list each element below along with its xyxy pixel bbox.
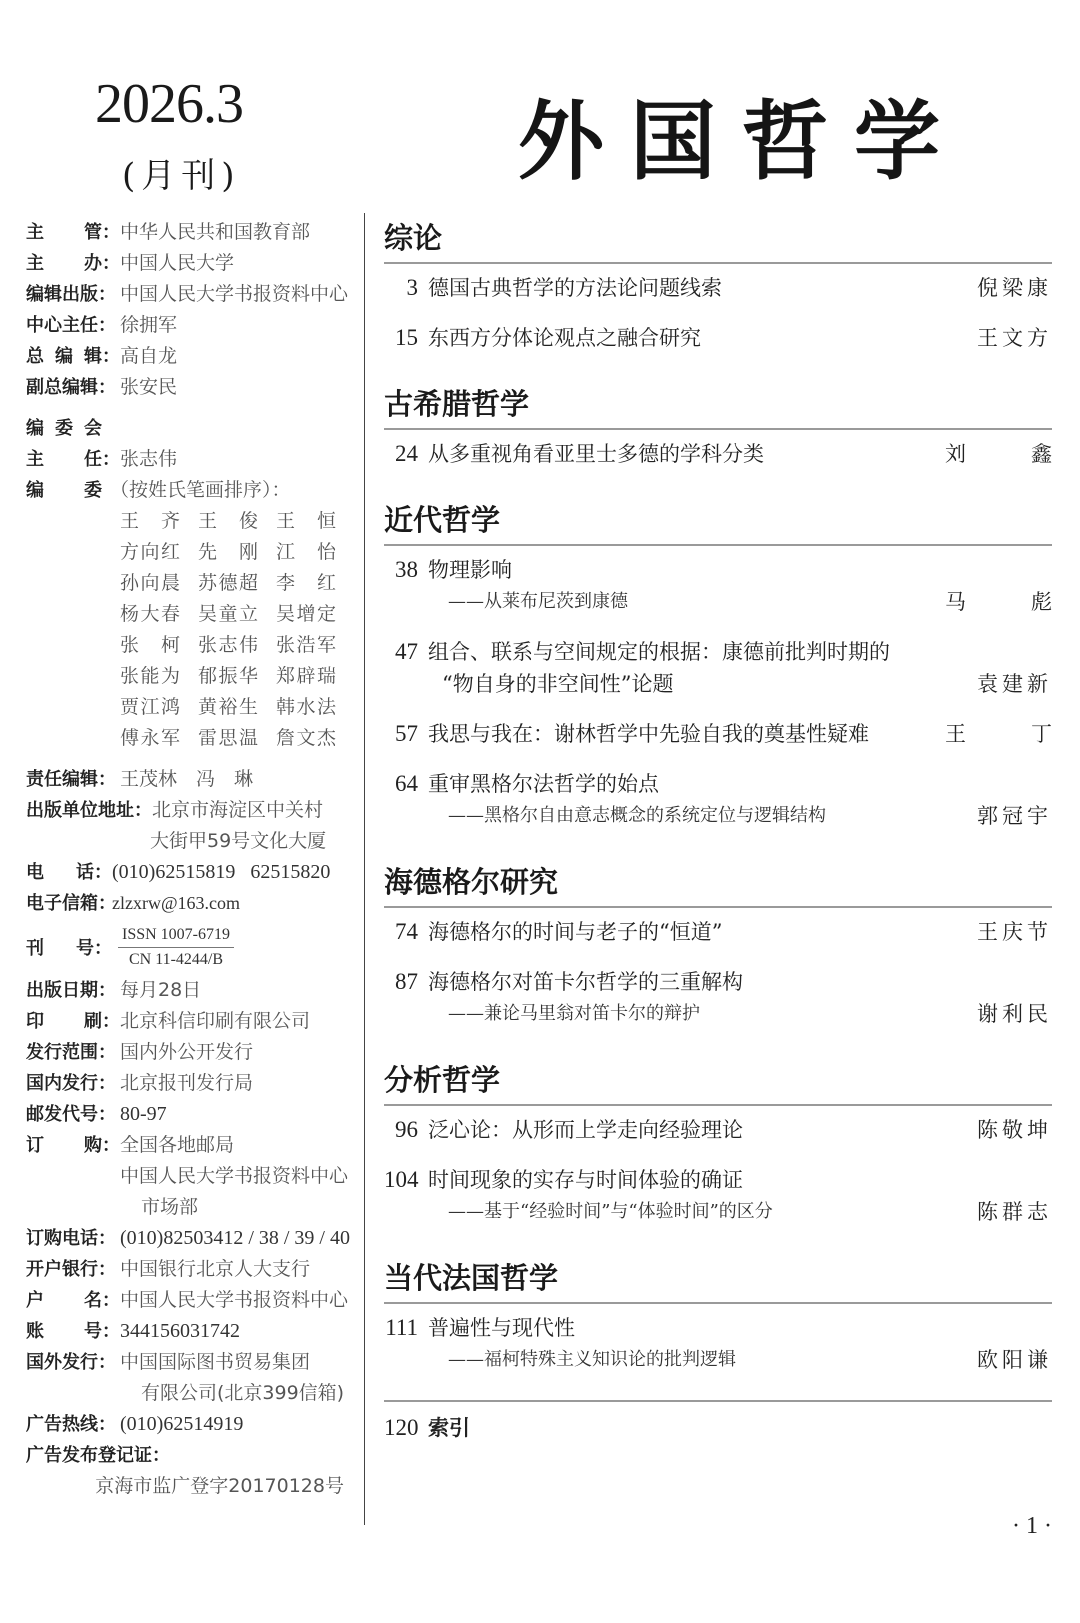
order-phone-row: 订购电话：(010)82503412 / 38 / 39 / 40 xyxy=(26,1223,362,1254)
address-row: 出版单位地址：北京市海淀区中关村 xyxy=(26,795,362,826)
entry-subtitle: ——福柯特殊主义知识论的批判逻辑 xyxy=(384,1344,1052,1376)
entry-title: 普遍性与现代性 xyxy=(428,1316,575,1340)
board-director-row: 主任：张志伟 xyxy=(26,444,362,475)
distribution-scope-row: 发行范围：国内外公开发行 xyxy=(26,1037,362,1068)
entry-subtitle: ——兼论马里翁对笛卡尔的辩护 xyxy=(384,998,1052,1030)
board-title: 编委会 xyxy=(26,413,362,444)
foreign-distribution-row: 国外发行：中国国际图书贸易集团 xyxy=(26,1347,362,1378)
entry-page-number: 57 xyxy=(384,718,418,750)
board-member-name: 韩水法 xyxy=(276,692,336,723)
board-member-name: 王恒 xyxy=(276,506,336,537)
entry-author: 倪梁康 xyxy=(977,272,1052,304)
toc-entry[interactable]: 57我思与我在：谢林哲学中先验自我的奠基性疑难王 丁 xyxy=(384,718,1052,750)
toc-section: 综论3德国古典哲学的方法论问题线索倪梁康15东西方分体论观点之融合研究王文方 xyxy=(384,214,1052,354)
toc-entry[interactable]: 104时间现象的实存与时间体验的确证——基于“经验时间”与“体验时间”的区分陈群… xyxy=(384,1164,1052,1228)
entry-title: 东西方分体论观点之融合研究 xyxy=(428,326,701,350)
board-member-name: 吴童立 xyxy=(198,599,258,630)
board-member-list: 王齐王俊王恒方向红先刚江怡孙向晨苏德超李红杨大春吴童立吴增定张柯张志伟张浩军张能… xyxy=(26,506,362,754)
printer-row: 印刷：北京科信印刷有限公司 xyxy=(26,1006,362,1037)
entry-title: 从多重视角看亚里士多德的学科分类 xyxy=(428,442,764,466)
board-member-name: 李红 xyxy=(276,568,336,599)
entry-page-number: 15 xyxy=(384,322,418,354)
entry-author: 王庆节 xyxy=(977,916,1052,948)
entry-title: 重审黑格尔法哲学的始点 xyxy=(428,772,659,796)
toc-section: 当代法国哲学111普遍性与现代性——福柯特殊主义知识论的批判逻辑欧阳谦 xyxy=(384,1254,1052,1376)
sponsor-row: 主办：中国人民大学 xyxy=(26,248,362,279)
entry-subtitle: ——黑格尔自由意志概念的系统定位与逻辑结构 xyxy=(384,800,1052,832)
board-member-name: 方向红 xyxy=(120,537,180,568)
entry-title: 时间现象的实存与时间体验的确证 xyxy=(428,1168,743,1192)
entry-author: 陈敬坤 xyxy=(977,1114,1052,1146)
entry-page-number: 111 xyxy=(384,1312,418,1344)
entry-title: 海德格尔的时间与老子的“恒道” xyxy=(428,920,722,944)
board-member-name: 张柯 xyxy=(120,630,180,661)
editor-in-chief-row: 总编辑：高自龙 xyxy=(26,341,362,372)
postal-code-row: 邮发代号：80-97 xyxy=(26,1099,362,1130)
toc-entry[interactable]: 47组合、联系与空间规定的根据：康德前批判时期的“物自身的非空间性”论题袁建新 xyxy=(384,636,1052,700)
board-member-name: 王齐 xyxy=(120,506,180,537)
entry-page-number: 64 xyxy=(384,768,418,800)
order-line-3: 市场部 xyxy=(26,1192,362,1223)
account-number-row: 账号：344156031742 xyxy=(26,1316,362,1347)
publisher-row: 编辑出版：中国人民大学书报资料中心 xyxy=(26,279,362,310)
toc-index-entry[interactable]: 120索引 xyxy=(384,1412,1052,1444)
journal-title: 外国哲学 xyxy=(518,72,966,196)
board-member-name: 詹文杰 xyxy=(276,723,336,754)
board-member-name: 贾江鸿 xyxy=(120,692,180,723)
section-heading: 分析哲学 xyxy=(384,1056,1052,1106)
board-member-name: 张浩军 xyxy=(276,630,336,661)
entry-title: 我思与我在：谢林哲学中先验自我的奠基性疑难 xyxy=(428,722,869,746)
board-member-name: 孙向晨 xyxy=(120,568,180,599)
entry-page-number: 24 xyxy=(384,438,418,470)
entry-title: 物理影响 xyxy=(428,558,512,582)
entry-author: 马 彪 xyxy=(945,586,1074,618)
board-member-name: 江怡 xyxy=(276,537,336,568)
entry-page-number: 47 xyxy=(384,636,418,668)
pub-date-row: 出版日期：每月28日 xyxy=(26,975,362,1006)
address-line-2: 大街甲59号文化大厦 xyxy=(26,826,362,857)
board-member-name: 郁振华 xyxy=(198,661,258,692)
entry-subtitle: ——基于“经验时间”与“体验时间”的区分 xyxy=(384,1196,1052,1228)
toc-entry[interactable]: 87海德格尔对笛卡尔哲学的三重解构——兼论马里翁对笛卡尔的辩护谢利民 xyxy=(384,966,1052,1030)
section-heading: 当代法国哲学 xyxy=(384,1254,1052,1304)
center-director-row: 中心主任：徐拥军 xyxy=(26,310,362,341)
bank-row: 开户银行：中国银行北京人大支行 xyxy=(26,1254,362,1285)
entry-title: 德国古典哲学的方法论问题线索 xyxy=(428,276,722,300)
toc-entry[interactable]: 15东西方分体论观点之融合研究王文方 xyxy=(384,322,1052,354)
entry-page-number: 3 xyxy=(384,272,418,304)
toc-section: 近代哲学38物理影响——从莱布尼茨到康德马 彪47组合、联系与空间规定的根据：康… xyxy=(384,496,1052,832)
order-row: 订购：全国各地邮局 xyxy=(26,1130,362,1161)
board-member-name: 傅永军 xyxy=(120,723,180,754)
order-line-2: 中国人民大学书报资料中心 xyxy=(26,1161,362,1192)
cn-number: CN 11-4244/B xyxy=(118,948,234,969)
board-member-name: 雷思温 xyxy=(198,723,258,754)
section-heading: 古希腊哲学 xyxy=(384,380,1052,430)
deputy-editor-row: 副总编辑：张安民 xyxy=(26,372,362,403)
entry-author: 王文方 xyxy=(977,322,1052,354)
email-row: 电子信箱：zlzxrw@163.com xyxy=(26,888,362,919)
board-member-name: 郑辟瑞 xyxy=(276,661,336,692)
entry-subtitle: “物自身的非空间性”论题 xyxy=(384,668,1052,700)
toc-entry[interactable]: 3德国古典哲学的方法论问题线索倪梁康 xyxy=(384,272,1052,304)
toc-entry[interactable]: 111普遍性与现代性——福柯特殊主义知识论的批判逻辑欧阳谦 xyxy=(384,1312,1052,1376)
entry-title: 组合、联系与空间规定的根据：康德前批判时期的 xyxy=(428,640,890,664)
table-of-contents: 综论3德国古典哲学的方法论问题线索倪梁康15东西方分体论观点之融合研究王文方古希… xyxy=(384,214,1052,1444)
toc-section: 分析哲学96泛心论：从形而上学走向经验理论陈敬坤104时间现象的实存与时间体验的… xyxy=(384,1056,1052,1228)
board-member-name: 杨大春 xyxy=(120,599,180,630)
section-heading: 海德格尔研究 xyxy=(384,858,1052,908)
entry-page-number: 87 xyxy=(384,966,418,998)
board-member-name: 张能为 xyxy=(120,661,180,692)
entry-author: 陈群志 xyxy=(977,1196,1052,1228)
toc-section: 古希腊哲学24从多重视角看亚里士多德的学科分类刘 鑫 xyxy=(384,380,1052,470)
board-member-name: 黄裕生 xyxy=(198,692,258,723)
toc-entry[interactable]: 74海德格尔的时间与老子的“恒道”王庆节 xyxy=(384,916,1052,948)
entry-page-number: 96 xyxy=(384,1114,418,1146)
board-member-name: 先刚 xyxy=(198,537,258,568)
page-number: · 1 · xyxy=(1012,1513,1052,1540)
serial-number-row: 刊号：ISSN 1007-6719CN 11-4244/B xyxy=(26,919,362,975)
board-member-name: 张志伟 xyxy=(198,630,258,661)
ad-hotline-row: 广告热线：(010)62514919 xyxy=(26,1409,362,1440)
ad-license-value: 京海市监广登字20170128号 xyxy=(26,1471,362,1502)
masthead-info: 主管：中华人民共和国教育部 主办：中国人民大学 编辑出版：中国人民大学书报资料中… xyxy=(26,217,362,1502)
entry-page-number: 120 xyxy=(384,1412,418,1444)
board-members-row: 编委（按姓氏笔画排序）： xyxy=(26,475,362,506)
column-divider xyxy=(364,213,365,1525)
entry-author: 王 丁 xyxy=(945,718,1074,750)
domestic-distribution-row: 国内发行：北京报刊发行局 xyxy=(26,1068,362,1099)
entry-page-number: 74 xyxy=(384,916,418,948)
account-name-row: 户名：中国人民大学书报资料中心 xyxy=(26,1285,362,1316)
entry-author: 欧阳谦 xyxy=(977,1344,1052,1376)
issn: ISSN 1007-6719 xyxy=(118,926,234,948)
board-member-name: 苏德超 xyxy=(198,568,258,599)
entry-author: 郭冠宇 xyxy=(977,800,1052,832)
entry-author: 袁建新 xyxy=(977,668,1052,700)
section-heading: 综论 xyxy=(384,214,1052,264)
toc-section: 海德格尔研究74海德格尔的时间与老子的“恒道”王庆节87海德格尔对笛卡尔哲学的三… xyxy=(384,858,1052,1030)
index-divider xyxy=(384,1400,1052,1402)
toc-entry[interactable]: 38物理影响——从莱布尼茨到康德马 彪 xyxy=(384,554,1052,618)
ad-license-row: 广告发布登记证： xyxy=(26,1440,362,1471)
section-heading: 近代哲学 xyxy=(384,496,1052,546)
board-member-name: 吴增定 xyxy=(276,599,336,630)
toc-entry[interactable]: 24从多重视角看亚里士多德的学科分类刘 鑫 xyxy=(384,438,1052,470)
publication-frequency: (月刊) xyxy=(122,148,241,197)
foreign-distribution-line-2: 有限公司(北京399信箱) xyxy=(26,1378,362,1409)
entry-title: 海德格尔对笛卡尔哲学的三重解构 xyxy=(428,970,743,994)
toc-entry[interactable]: 96泛心论：从形而上学走向经验理论陈敬坤 xyxy=(384,1114,1052,1146)
phone-row: 电话：(010)62515819 62515820 xyxy=(26,857,362,888)
toc-entry[interactable]: 64重审黑格尔法哲学的始点——黑格尔自由意志概念的系统定位与逻辑结构郭冠宇 xyxy=(384,768,1052,832)
issue-number: 2026.3 xyxy=(95,72,243,136)
board-member-name: 王俊 xyxy=(198,506,258,537)
supervisor-row: 主管：中华人民共和国教育部 xyxy=(26,217,362,248)
responsible-editor-row: 责任编辑：王茂林 冯 琳 xyxy=(26,764,362,795)
entry-page-number: 38 xyxy=(384,554,418,586)
entry-page-number: 104 xyxy=(384,1164,418,1196)
entry-title: 索引 xyxy=(428,1416,470,1440)
entry-author: 谢利民 xyxy=(977,998,1052,1030)
entry-author: 刘 鑫 xyxy=(945,438,1074,470)
entry-title: 泛心论：从形而上学走向经验理论 xyxy=(428,1118,743,1142)
